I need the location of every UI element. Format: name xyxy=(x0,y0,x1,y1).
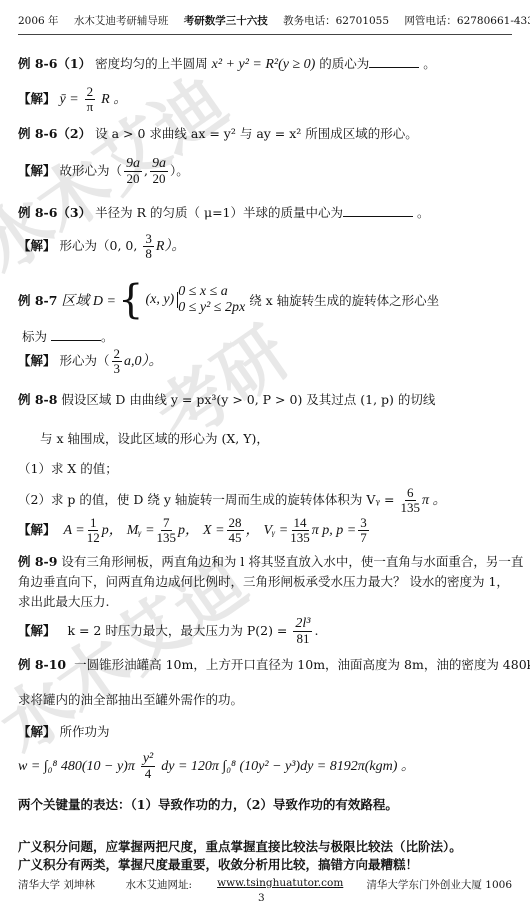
denominator: 3 xyxy=(114,362,121,376)
fraction: y²4 xyxy=(141,752,155,781)
formula: Vᵧ = xyxy=(264,523,289,538)
page-footer: 清华大学 刘坤林 水木艾迪网址: www.tsinghuatutor.com 清… xyxy=(18,877,512,892)
text: 标为 xyxy=(22,329,47,344)
solution-label: 【解】 xyxy=(18,163,56,178)
formula: Mᵧ = xyxy=(127,523,155,538)
numerator: 9a xyxy=(124,157,142,172)
footer-site-label: 水木艾迪网址: xyxy=(126,877,218,892)
text: . xyxy=(314,623,318,638)
example-label: 例 8-8 xyxy=(18,392,57,407)
solution-label: 【解】 xyxy=(18,623,56,638)
numerator: 7 xyxy=(161,516,172,531)
page-number: 3 xyxy=(258,892,265,904)
footer-url-link[interactable]: www.tsinghuatutor.com xyxy=(217,877,366,892)
solution-label: 【解】 xyxy=(18,91,56,106)
text: 。 xyxy=(101,329,114,344)
fraction: 2l³81 xyxy=(293,617,312,646)
text: 形心为（ xyxy=(60,353,110,368)
answer-blank xyxy=(369,55,419,68)
formula: 区域 D = xyxy=(61,290,116,310)
text: 设有三角形闸板，两直角边和为 l 将其竖直放入水中，使一直角与水面重合，另一直 xyxy=(61,554,523,569)
conditions: 0 ≤ x ≤ a 0 ≤ y² ≤ 2px xyxy=(178,284,245,316)
text: 故形心为（ xyxy=(60,163,123,178)
solution-8-8: 【解】 A =112p， Mᵧ =7135p， X =2845， Vᵧ =141… xyxy=(18,516,371,545)
formula: p， xyxy=(102,523,123,538)
tip: 广义积分有两类，掌握尺度最重要，收敛分析用比较，搞错方向最糟糕！ xyxy=(18,856,462,874)
text: 角边垂直向下，问两直角边成何比例时，三角形闸板承受水压力最大？ 设水的密度为 1… xyxy=(18,572,523,592)
page-header: 2006 年 水木艾迪考研辅导班 考研数学三十六技 教务电话：62701055 … xyxy=(18,13,512,28)
fraction: 2845 xyxy=(227,516,244,545)
example-8-6-1: 例 8-6（1） 密度均匀的上半圆周 x² + y² = R²(y ≥ 0) 的… xyxy=(18,54,436,73)
formula: ȳ = xyxy=(60,92,79,107)
numerator: 3 xyxy=(358,516,369,531)
denominator: 20 xyxy=(127,172,140,186)
text: 的质心为 xyxy=(319,56,369,71)
denominator: 81 xyxy=(296,632,309,646)
text: 设 a > 0 求曲线 ax = y² 与 ay = x² 所围成区域的形心。 xyxy=(95,126,418,141)
text: 假设区域 D 由曲线 y = px³(y > 0, P > 0) 及其过点 (1… xyxy=(61,392,435,407)
formula: ， xyxy=(246,523,260,538)
solution-8-7: 【解】 形心为（23a,0）。 xyxy=(18,347,163,376)
header-title: 考研数学三十六技 xyxy=(184,15,268,27)
formula: p， xyxy=(178,523,199,538)
key-note: 两个关键量的表达：（1）导致作功的力，（2）导致作功的有效路程。 xyxy=(18,795,398,813)
solution-label: 【解】 xyxy=(18,238,56,253)
header-year: 2006 年 xyxy=(18,15,59,27)
solution-8-10: 【解】 所作功为 xyxy=(18,722,110,740)
formula: dy = 120π ∫₀⁸ (10y² − y³)dy = 8192π(kgm)… xyxy=(161,759,415,774)
denominator: π xyxy=(87,100,94,114)
example-label: 例 8-9 xyxy=(18,554,57,569)
solution-label: 【解】 xyxy=(18,353,56,368)
header-org: 水木艾迪考研辅导班 xyxy=(74,15,169,27)
tip: 广义积分问题，应掌握两把尺度，重点掌握直接比较法与极限比较法（比阶法）。 xyxy=(18,838,462,856)
example-label: 例 8-10 xyxy=(18,657,66,672)
example-8-8: 例 8-8 假设区域 D 由曲线 y = px³(y > 0, P > 0) 及… xyxy=(18,390,435,408)
formula: π 。 xyxy=(422,493,447,508)
formula: π p, p = xyxy=(312,523,356,538)
fraction: 2π xyxy=(85,85,96,114)
numerator: 1 xyxy=(88,516,99,531)
example-8-10-line2: 求将罐内的油全部抽出至罐外需作的功。 xyxy=(18,690,243,708)
denominator: 4 xyxy=(145,767,152,781)
formula: a,0）。 xyxy=(124,354,163,369)
text: 求将罐内的油全部抽出至罐外需作的功。 xyxy=(18,692,243,707)
text: （2）求 p 的值，使 D 绕 y 轴旋转一周而生成的旋转体体积为 Vᵧ = xyxy=(18,492,395,507)
solution-label: 【解】 xyxy=(18,522,56,537)
solution-8-9: 【解】 k = 2 时压力最大，最大压力为 P(2) = 2l³81. xyxy=(18,617,318,646)
example-8-9: 例 8-9 设有三角形闸板，两直角边和为 l 将其竖直放入水中，使一直角与水面重… xyxy=(18,552,523,612)
denominator: 7 xyxy=(360,531,367,545)
fraction: 9a20 xyxy=(150,157,168,186)
text: 。 xyxy=(417,205,430,220)
example-8-6-3: 例 8-6（3） 半径为 R 的匀质（ μ=1）半球的质量中心为 。 xyxy=(18,203,430,221)
example-label: 例 8-6（3） xyxy=(18,205,91,220)
numerator: y² xyxy=(141,752,155,767)
denominator: 135 xyxy=(401,501,421,515)
footer-address: 清华大学东门外创业大厦 1006 xyxy=(366,877,512,892)
fraction: 37 xyxy=(358,516,369,545)
solution-8-6-2: 【解】 故形心为（9a20,9a20）。 xyxy=(18,157,189,186)
formula: R）。 xyxy=(156,239,186,254)
text: 与 x 轴围成，设此区域的形心为 (X, Y)， xyxy=(40,431,269,446)
text: ）。 xyxy=(170,163,189,178)
numerator: 6 xyxy=(405,486,416,501)
text: 半径为 R 的匀质（ μ=1）半球的质量中心为 xyxy=(95,205,343,220)
text: k = 2 时压力最大，最大压力为 P(2) = xyxy=(67,623,287,638)
fraction: 112 xyxy=(87,516,100,545)
fraction: 6135 xyxy=(401,486,421,515)
formula: X = xyxy=(203,523,225,538)
fraction: 38 xyxy=(143,232,154,261)
example-label: 例 8-7 xyxy=(18,291,57,309)
fraction: 9a20 xyxy=(124,157,142,186)
formula: x² + y² = R²(y ≥ 0) xyxy=(212,57,316,72)
answer-blank xyxy=(51,328,101,341)
formula: (x, y) xyxy=(145,292,178,308)
solution-8-6-3: 【解】 形心为（0, 0, 38R）。 xyxy=(18,232,185,261)
example-8-8-q1: （1）求 X 的值； xyxy=(18,459,118,477)
text: 一圆锥形油罐高 10m，上方开口直径为 10m，油面高度为 8m，油的密度为 4… xyxy=(74,657,530,672)
example-label: 例 8-6（1） xyxy=(18,56,91,71)
text: （1）求 X 的值； xyxy=(18,461,118,476)
denominator: 135 xyxy=(157,531,177,545)
header-rule xyxy=(18,34,512,35)
text: 密度均匀的上半圆周 xyxy=(95,56,208,71)
example-8-7-line2: 标为 。 xyxy=(22,327,114,345)
brace: { xyxy=(118,280,143,320)
numerator: 14 xyxy=(292,516,309,531)
header-phone2: 网管电话：62780661-433 xyxy=(404,15,530,27)
formula: w = ∫₀⁸ 480(10 − y)π xyxy=(18,759,135,774)
denominator: 12 xyxy=(87,531,100,545)
formula: A = xyxy=(63,523,84,538)
tips: 广义积分问题，应掌握两把尺度，重点掌握直接比较法与极限比较法（比阶法）。 广义积… xyxy=(18,838,462,874)
solution-label: 【解】 xyxy=(18,724,56,739)
example-label: 例 8-6（2） xyxy=(18,126,91,141)
text: 所作功为 xyxy=(60,724,110,739)
numerator: 2l³ xyxy=(293,617,312,632)
text: 求出此最大压力. xyxy=(18,592,523,612)
footer-author: 清华大学 刘坤林 xyxy=(18,877,126,892)
numerator: 28 xyxy=(227,516,244,531)
answer-blank xyxy=(343,204,413,217)
example-8-6-2: 例 8-6（2） 设 a > 0 求曲线 ax = y² 与 ay = x² 所… xyxy=(18,124,418,142)
example-8-10: 例 8-10 一圆锥形油罐高 10m，上方开口直径为 10m，油面高度为 8m，… xyxy=(18,655,530,673)
denominator: 8 xyxy=(145,247,152,261)
formula: R 。 xyxy=(101,92,127,107)
numerator: 3 xyxy=(143,232,154,247)
fraction: 23 xyxy=(112,347,123,376)
solution-8-6-1: 【解】 ȳ = 2π R 。 xyxy=(18,85,127,114)
formula-work: w = ∫₀⁸ 480(10 − y)π y²4 dy = 120π ∫₀⁸ (… xyxy=(18,752,415,781)
condition: 0 ≤ y² ≤ 2px xyxy=(178,300,245,316)
header-phone1: 教务电话：62701055 xyxy=(283,15,389,27)
fraction: 7135 xyxy=(157,516,177,545)
fraction: 14135 xyxy=(290,516,310,545)
numerator: 9a xyxy=(150,157,168,172)
example-8-7: 例 8-7 区域 D = { (x, y) 0 ≤ x ≤ a 0 ≤ y² ≤… xyxy=(18,280,439,320)
example-8-8-q2: （2）求 p 的值，使 D 绕 y 轴旋转一周而生成的旋转体体积为 Vᵧ = 6… xyxy=(18,486,447,515)
text: 形心为（0, 0, xyxy=(60,238,138,253)
denominator: 135 xyxy=(290,531,310,545)
numerator: 2 xyxy=(112,347,123,362)
denominator: 20 xyxy=(153,172,166,186)
denominator: 45 xyxy=(229,531,242,545)
numerator: 2 xyxy=(85,85,96,100)
text: 。 xyxy=(423,56,436,71)
text: 绕 x 轴旋转生成的旋转体之形心坐 xyxy=(249,291,439,309)
condition: 0 ≤ x ≤ a xyxy=(178,284,245,300)
example-8-8-line2: 与 x 轴围成，设此区域的形心为 (X, Y)， xyxy=(40,429,269,447)
